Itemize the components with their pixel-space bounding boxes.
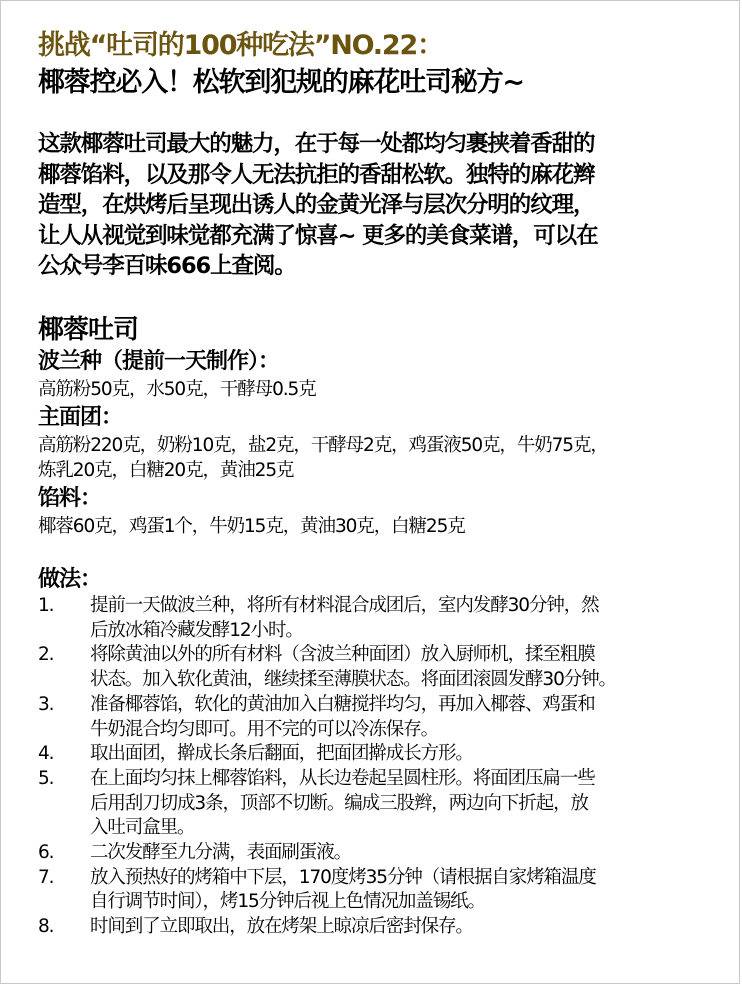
step-number: 4.	[38, 742, 53, 767]
step-text: 二次发酵至九分满，表面刷蛋液。	[90, 841, 728, 866]
step-text: 牛奶混合均匀即可。用不完的可以冷冻保存。	[90, 718, 728, 743]
step-number: 1.	[38, 594, 53, 619]
step-text: 后放冰箱冷藏发酵12小时。	[90, 619, 728, 644]
ingredients-filling: 椰蓉60克，鸡蛋1个，牛奶15克，黄油30克，白糖25克	[38, 514, 465, 539]
intro-paragraph: 这款椰蓉吐司最大的魅力，在于每一处都均匀裹挟着香甜的 椰蓉馅料，以及那令人无法抗…	[38, 129, 708, 282]
step-text: 放入预热好的烤箱中下层，170度烤35分钟（请根据自家烤箱温度	[90, 866, 728, 891]
step-text: 提前一天做波兰种，将所有材料混合成团后，室内发酵30分钟，然	[90, 594, 728, 619]
step-item: 1. 提前一天做波兰种，将所有材料混合成团后，室内发酵30分钟，然 后放冰箱冷藏…	[38, 594, 728, 643]
step-item: 7. 放入预热好的烤箱中下层，170度烤35分钟（请根据自家烤箱温度 自行调节时…	[38, 866, 728, 915]
step-item: 6. 二次发酵至九分满，表面刷蛋液。	[38, 841, 728, 866]
intro-line: 这款椰蓉吐司最大的魅力，在于每一处都均匀裹挟着香甜的	[38, 129, 708, 160]
series-title: 挑战“吐司的100种吃法”NO.22：	[38, 28, 443, 64]
section-heading-main-dough: 主面团：	[38, 404, 122, 432]
method-steps: 1. 提前一天做波兰种，将所有材料混合成团后，室内发酵30分钟，然 后放冰箱冷藏…	[38, 594, 728, 940]
step-number: 2.	[38, 643, 53, 668]
section-heading-method: 做法：	[38, 566, 101, 594]
step-text: 取出面团，擀成长条后翻面，把面团擀成长方形。	[90, 742, 728, 767]
section-heading-filling: 馅料：	[38, 485, 101, 513]
step-item: 2. 将除黄油以外的所有材料（含波兰种面团）放入厨师机，揉至粗膜 状态。加入软化…	[38, 643, 728, 692]
ingredients-poolish: 高筋粉50克，水50克，干酵母0.5克	[38, 377, 316, 402]
step-number: 7.	[38, 866, 53, 891]
step-text: 入吐司盒里。	[90, 816, 728, 841]
step-number: 3.	[38, 693, 53, 718]
step-text: 自行调节时间），烤15分钟后视上色情况加盖锡纸。	[90, 890, 728, 915]
step-item: 4. 取出面团，擀成长条后翻面，把面团擀成长方形。	[38, 742, 728, 767]
recipe-title: 椰蓉吐司	[38, 313, 138, 347]
intro-line: 造型，在烘烤后呈现出诱人的金黄光泽与层次分明的纹理，	[38, 190, 708, 221]
intro-line: 让人从视觉到味觉都充满了惊喜~ 更多的美食菜谱，可以在	[38, 221, 708, 252]
step-text: 准备椰蓉馅，软化的黄油加入白糖搅拌均匀，再加入椰蓉、鸡蛋和	[90, 693, 728, 718]
intro-line: 椰蓉馅料，以及那令人无法抗拒的香甜松软。独特的麻花辫	[38, 160, 708, 191]
step-number: 6.	[38, 841, 53, 866]
page-title: 椰蓉控必入！松软到犯规的麻花吐司秘方~	[38, 65, 524, 101]
step-text: 状态。加入软化黄油，继续揉至薄膜状态。将面团滚圆发酵30分钟。	[90, 668, 728, 693]
step-text: 在上面均匀抹上椰蓉馅料，从长边卷起呈圆柱形。将面团压扁一些	[90, 767, 728, 792]
section-heading-poolish: 波兰种（提前一天制作）：	[38, 348, 279, 376]
step-text: 时间到了立即取出，放在烤架上晾凉后密封保存。	[90, 915, 728, 940]
step-item: 3. 准备椰蓉馅，软化的黄油加入白糖搅拌均匀，再加入椰蓉、鸡蛋和 牛奶混合均匀即…	[38, 693, 728, 742]
step-number: 5.	[38, 767, 53, 792]
step-number: 8.	[38, 915, 53, 940]
intro-line: 公众号李百味666上查阅。	[38, 251, 708, 282]
ingredients-main-dough-line: 高筋粉220克，奶粉10克，盐2克，干酵母2克，鸡蛋液50克，牛奶75克，	[38, 433, 608, 458]
ingredients-main-dough-line: 炼乳20克，白糖20克，黄油25克	[38, 458, 293, 483]
step-text: 将除黄油以外的所有材料（含波兰种面团）放入厨师机，揉至粗膜	[90, 643, 728, 668]
step-text: 后用刮刀切成3条，顶部不切断。编成三股辫，两边向下折起，放	[90, 792, 728, 817]
step-item: 5. 在上面均匀抹上椰蓉馅料，从长边卷起呈圆柱形。将面团压扁一些 后用刮刀切成3…	[38, 767, 728, 841]
recipe-document: 挑战“吐司的100种吃法”NO.22： 椰蓉控必入！松软到犯规的麻花吐司秘方~ …	[0, 0, 740, 984]
step-item: 8. 时间到了立即取出，放在烤架上晾凉后密封保存。	[38, 915, 728, 940]
